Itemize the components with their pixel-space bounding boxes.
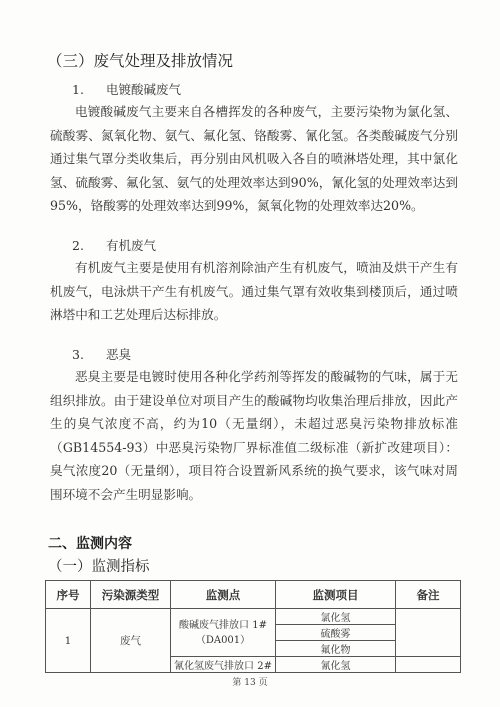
paragraph-text: 恶臭主要是电镀时使用各种化学药剂等挥发的酸碱物的气味，属于无组织排放。由于建设单… <box>50 365 458 506</box>
subheading-number: 1. <box>72 82 106 97</box>
cell-monitor-item: 氰化氢 <box>276 657 396 673</box>
cell-note <box>396 657 461 673</box>
cell-source-type: 废气 <box>91 609 171 673</box>
cell-monitor-point-1: 酸碱废气排放口 1# （DA001） <box>171 609 276 657</box>
subsection-title-indicators: （一）监测指标 <box>48 555 150 576</box>
table-row: 1 废气 酸碱废气排放口 1# （DA001） 氯化氢 <box>46 609 461 625</box>
monitor-point-1-code: （DA001） <box>171 633 275 648</box>
subheading-odor: 3.恶臭 <box>72 345 131 363</box>
paragraph-organic: 有机废气主要是使用有机溶剂除油产生有机废气，喷油及烘干产生有机废气，电泳烘干产生… <box>50 256 458 327</box>
header-cell: 监测项目 <box>276 581 396 609</box>
cell-monitor-point-2: 氰化氢废气排放口 2# <box>171 657 276 673</box>
header-cell: 备注 <box>396 581 461 609</box>
paragraph-acid-alkali: 电镀酸碱废气主要来自各槽挥发的各种废气，主要污染物为氯化氢、硫酸雾、氮氧化物、氨… <box>50 100 458 218</box>
subheading-text: 电镀酸碱废气 <box>106 82 181 97</box>
subheading-organic: 2.有机废气 <box>72 236 156 254</box>
cell-monitor-item: 氟化物 <box>276 641 396 657</box>
subheading-acid-alkali: 1.电镀酸碱废气 <box>72 80 181 98</box>
header-cell: 监测点 <box>171 581 276 609</box>
paragraph-text: 有机废气主要是使用有机溶剂除油产生有机废气，喷油及烘干产生有机废气，电泳烘干产生… <box>50 256 458 327</box>
cell-monitor-item: 硫酸雾 <box>276 625 396 641</box>
subheading-number: 3. <box>72 347 106 362</box>
paragraph-text: 电镀酸碱废气主要来自各槽挥发的各种废气，主要污染物为氯化氢、硫酸雾、氮氧化物、氨… <box>50 100 458 218</box>
header-cell: 污染源类型 <box>91 581 171 609</box>
cell-serial-number: 1 <box>46 609 91 673</box>
header-cell: 序号 <box>46 581 91 609</box>
subheading-text: 有机废气 <box>106 238 156 253</box>
subheading-text: 恶臭 <box>106 347 131 362</box>
cell-monitor-item: 氯化氢 <box>276 609 396 625</box>
page-number: 第 13 页 <box>0 675 500 688</box>
section-title-waste-gas: （三）废气处理及排放情况 <box>47 49 233 71</box>
table-header-row: 序号 污染源类型 监测点 监测项目 备注 <box>46 581 461 609</box>
cell-note <box>396 609 461 657</box>
monitoring-table: 序号 污染源类型 监测点 监测项目 备注 1 废气 酸碱废气排放口 1# （DA… <box>45 580 461 673</box>
subheading-number: 2. <box>72 238 106 253</box>
monitor-point-1-name: 酸碱废气排放口 1# <box>171 618 275 633</box>
section-title-monitoring: 二、监测内容 <box>48 533 132 553</box>
paragraph-odor: 恶臭主要是电镀时使用各种化学药剂等挥发的酸碱物的气味，属于无组织排放。由于建设单… <box>50 365 458 506</box>
